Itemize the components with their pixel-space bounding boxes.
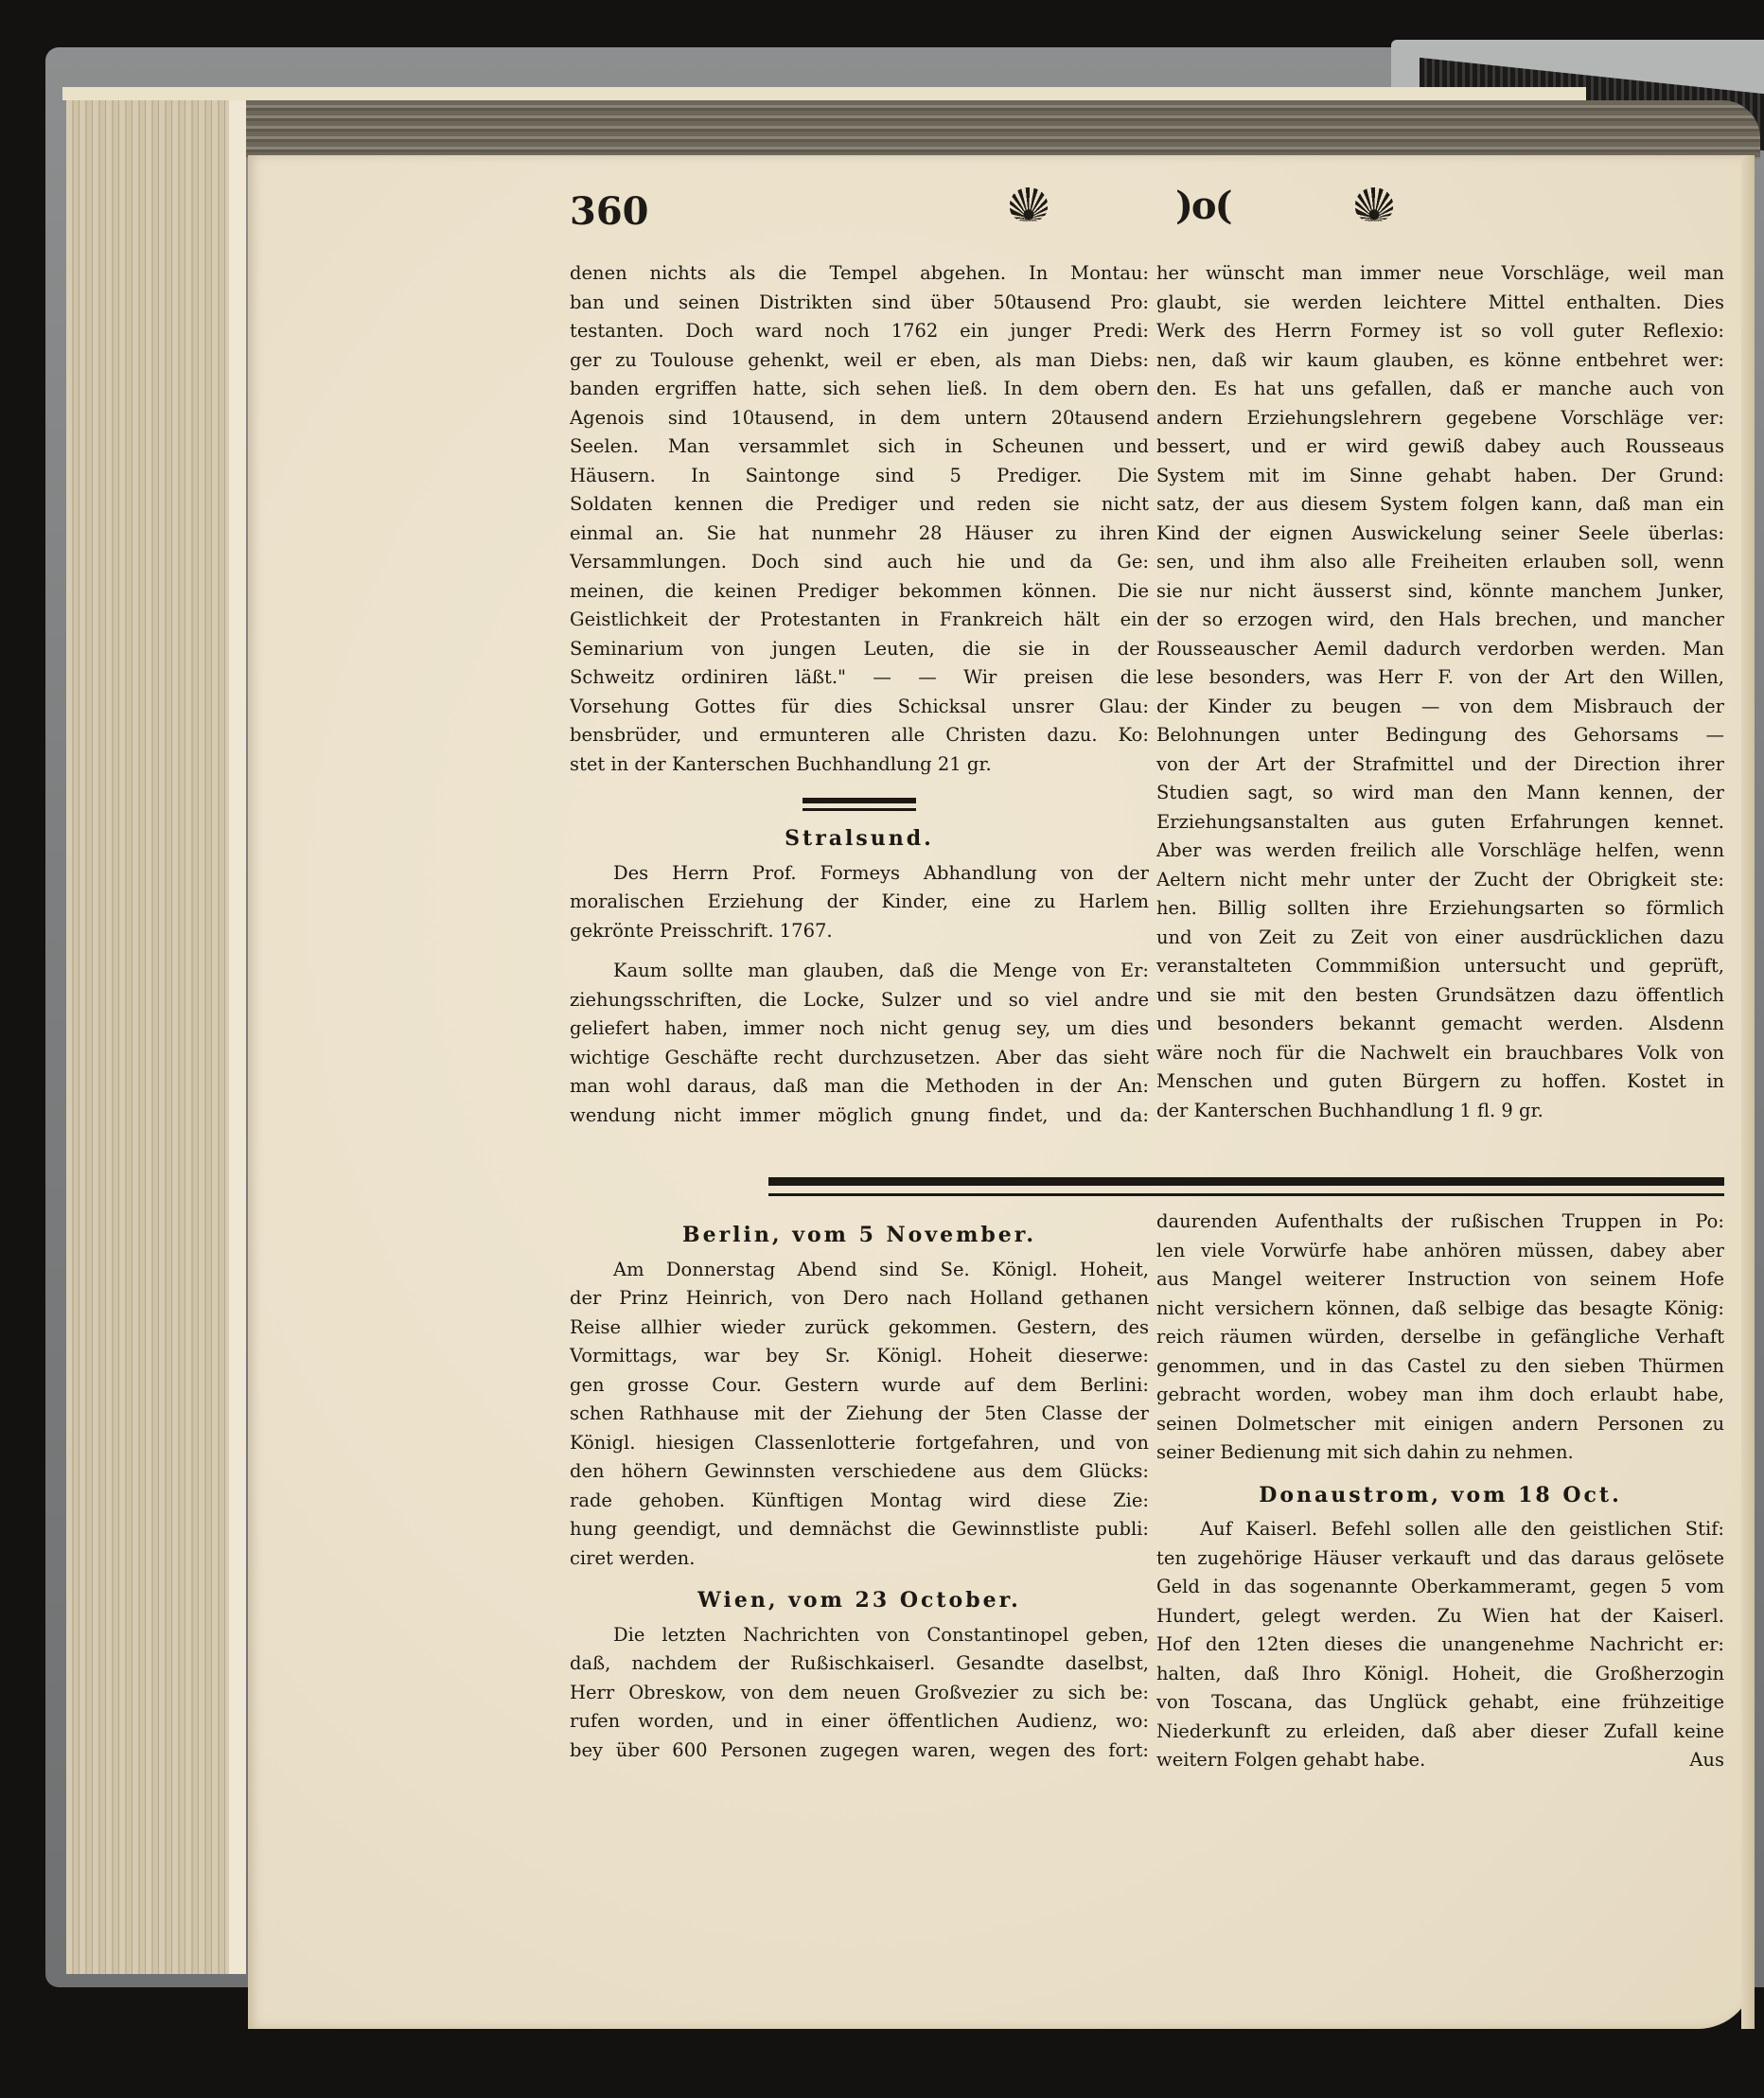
- body-text-line: Geistlichkeit der Protestanten in Frankr…: [570, 606, 1149, 635]
- review-text-line: Rousseauscher Aemil dadurch verdorben we…: [1156, 635, 1724, 664]
- review-text-line: glaubt, sie werden leichtere Mittel enth…: [1156, 289, 1724, 318]
- body-text-line: Agenois sind 10tausend, in dem untern 20…: [570, 404, 1149, 433]
- body-text-line: bensbrüder, und ermunteren alle Christen…: [570, 721, 1149, 750]
- review-text-line: wendung nicht immer möglich gnung findet…: [570, 1102, 1149, 1131]
- page-stack-left-edge: [66, 100, 246, 1974]
- upper-right-column: her wünscht man immer neue Vorschläge, w…: [1156, 259, 1724, 1125]
- review-text-line: wäre noch für die Nachwelt ein brauchbar…: [1156, 1039, 1724, 1068]
- news-text-line: von Toscana, das Unglück gehabt, eine fr…: [1156, 1688, 1724, 1718]
- review-text-line: Studien sagt, so wird man den Mann kenne…: [1156, 779, 1724, 808]
- news-text-line: Vormittags, war bey Sr. Königl. Hoheit d…: [570, 1342, 1149, 1371]
- shell-ornament-icon: [1355, 187, 1393, 228]
- review-text-line: Aber was werden freilich alle Vorschläge…: [1156, 837, 1724, 866]
- news-text-line: Hundert, gelegt werden. Zu Wien hat der …: [1156, 1602, 1724, 1631]
- body-text-line: stet in der Kanterschen Buchhandlung 21 …: [570, 750, 1149, 780]
- news-text-line: nicht versichern können, daß selbige das…: [1156, 1295, 1724, 1324]
- review-text-line: sen, und ihm also alle Freiheiten erlaub…: [1156, 548, 1724, 577]
- review-text-line: Erziehungsanstalten aus guten Erfahrunge…: [1156, 808, 1724, 837]
- news-text-line: schen Rathhause mit der Ziehung der 5ten…: [570, 1400, 1149, 1429]
- news-text-line: Auf Kaiserl. Befehl sollen alle den geis…: [1156, 1515, 1724, 1544]
- review-text-line: satz, der aus diesem System folgen kann,…: [1156, 490, 1724, 520]
- review-text-line: den. Es hat uns gefallen, daß er manche …: [1156, 375, 1724, 404]
- body-text-line: einmal an. Sie hat nunmehr 28 Häuser zu …: [570, 520, 1149, 549]
- review-text-line: her wünscht man immer neue Vorschläge, w…: [1156, 259, 1724, 289]
- review-text-line: Menschen und guten Bürgern zu hoffen. Ko…: [1156, 1067, 1724, 1097]
- review-text-line: geliefert haben, immer noch nicht genug …: [570, 1014, 1149, 1044]
- endpaper-edge: [62, 87, 1586, 100]
- news-text-line: reich räumen würden, derselbe in gefängl…: [1156, 1323, 1724, 1352]
- review-text-line: und von Zeit zu Zeit von einer ausdrückl…: [1156, 924, 1724, 953]
- news-heading-berlin: Berlin, vom 5 November.: [570, 1221, 1149, 1250]
- body-text-line: denen nichts als die Tempel abgehen. In …: [570, 259, 1149, 289]
- body-text-line: ger zu Toulouse gehenkt, weil er eben, a…: [570, 346, 1149, 376]
- news-text-line: genommen, und in das Castel zu den siebe…: [1156, 1352, 1724, 1382]
- news-text-line: hung geendigt, und demnächst die Gewinns…: [570, 1515, 1149, 1544]
- review-text-line: veranstalteten Commmißion untersucht und…: [1156, 952, 1724, 981]
- body-text-line: Soldaten kennen die Prediger und reden s…: [570, 490, 1149, 520]
- review-text-line: und besonders bekannt gemacht werden. Al…: [1156, 1010, 1724, 1039]
- news-text-line: Geld in das sogenannte Oberkammeramt, ge…: [1156, 1573, 1724, 1602]
- paragraph-gap: [570, 945, 1149, 957]
- review-text-line: ziehungsschriften, die Locke, Sulzer und…: [570, 986, 1149, 1015]
- news-text-line: der Prinz Heinrich, von Dero nach Hollan…: [570, 1284, 1149, 1313]
- review-text-line: lese besonders, was Herr F. von der Art …: [1156, 663, 1724, 693]
- review-text-line: der Kinder zu beugen — von dem Misbrauch…: [1156, 693, 1724, 722]
- review-text-line: der Kanterschen Buchhandlung 1 fl. 9 gr.: [1156, 1097, 1724, 1126]
- book-title-line: Des Herrn Prof. Formeys Abhandlung von d…: [570, 859, 1149, 889]
- review-text-line: Kind der eignen Auswickelung seiner Seel…: [1156, 520, 1724, 549]
- book-page: 360 )o( denen nichts als die Tempel abge…: [248, 155, 1755, 2029]
- body-text-line: Schweitz ordiniren läßt." — — Wir preise…: [570, 663, 1149, 693]
- review-text-line: der so erzogen wird, den Hals brechen, u…: [1156, 606, 1724, 635]
- section-heading-stralsund: Stralsund.: [570, 824, 1149, 854]
- book-title-line: gekrönte Preisschrift. 1767.: [570, 917, 1149, 946]
- page-stack-top-edge: [74, 100, 1760, 159]
- review-text-line: Belohnungen unter Bedingung des Gehorsam…: [1156, 721, 1724, 750]
- news-heading-donaustrom: Donaustrom, vom 18 Oct.: [1156, 1481, 1724, 1510]
- news-heading-wien: Wien, vom 23 October.: [570, 1586, 1149, 1615]
- review-text-line: von der Art der Strafmittel und der Dire…: [1156, 750, 1724, 780]
- review-text-line: Werk des Herrn Formey ist so voll guter …: [1156, 317, 1724, 346]
- page-gutter-curl: [1741, 155, 1755, 2029]
- news-text-line: daurenden Aufenthalts der rußischen Trup…: [1156, 1208, 1724, 1237]
- news-text-line: den höhern Gewinnsten verschiedene aus d…: [570, 1457, 1149, 1487]
- lower-right-column: daurenden Aufenthalts der rußischen Trup…: [1156, 1208, 1724, 1775]
- review-text-line: man wohl daraus, daß man die Methoden in…: [570, 1072, 1149, 1102]
- news-text-line: Herr Obreskow, von dem neuen Großvezier …: [570, 1679, 1149, 1708]
- short-divider-rule: [803, 798, 916, 811]
- news-text-line: rade gehoben. Künftigen Montag wird dies…: [570, 1487, 1149, 1516]
- news-text-line: Am Donnerstag Abend sind Se. Königl. Hoh…: [570, 1256, 1149, 1285]
- review-text-line: bessert, und er wird gewiß dabey auch Ro…: [1156, 432, 1724, 462]
- body-text-line: testanten. Doch ward noch 1762 ein junge…: [570, 317, 1149, 346]
- running-head: 360 )o(: [570, 182, 1743, 257]
- news-text-line: Hof den 12ten dieses die unangenehme Nac…: [1156, 1631, 1724, 1660]
- news-text-line: gebracht worden, wobey man ihm doch erla…: [1156, 1381, 1724, 1410]
- news-text-line: Die letzten Nachrichten von Constantinop…: [570, 1621, 1149, 1650]
- section-divider-rule: [768, 1177, 1724, 1196]
- news-text-line: Reise allhier wieder zurück gekommen. Ge…: [570, 1313, 1149, 1343]
- news-text-line: bey über 600 Personen zugegen waren, weg…: [570, 1737, 1149, 1766]
- body-text-line: Versammlungen. Doch sind auch hie und da…: [570, 548, 1149, 577]
- review-text-line: und sie mit den besten Grundsätzen dazu …: [1156, 981, 1724, 1011]
- news-text-line: halten, daß Ihro Königl. Hoheit, die Gro…: [1156, 1660, 1724, 1689]
- review-text-line: hen. Billig sollten ihre Erziehungsarten…: [1156, 894, 1724, 924]
- body-text-line: Vorsehung Gottes für dies Schicksal unsr…: [570, 693, 1149, 722]
- body-text-line: meinen, die keinen Prediger bekommen kön…: [570, 577, 1149, 607]
- news-text-line: rufen worden, und in einer öffentlichen …: [570, 1707, 1149, 1737]
- review-text-line: nen, daß wir kaum glauben, es könne entb…: [1156, 346, 1724, 376]
- news-text-line: Niederkunft zu erleiden, daß aber dieser…: [1156, 1718, 1724, 1747]
- center-ornament-mark: )o(: [1175, 187, 1231, 225]
- news-text-line: daß, nachdem der Rußischkaiserl. Gesandt…: [570, 1649, 1149, 1679]
- page-number: 360: [570, 189, 649, 234]
- news-text-line: len viele Vorwürfe habe anhören müssen, …: [1156, 1237, 1724, 1266]
- review-text-line: Kaum sollte man glauben, daß die Menge v…: [570, 957, 1149, 986]
- news-text-line: ciret werden.: [570, 1544, 1149, 1574]
- news-text-line: seinen Dolmetscher mit einigen andern Pe…: [1156, 1410, 1724, 1439]
- body-text-line: Häusern. In Saintonge sind 5 Prediger. D…: [570, 462, 1149, 491]
- review-text-line: wichtige Geschäfte recht durchzusetzen. …: [570, 1044, 1149, 1073]
- news-text-line: gen grosse Cour. Gestern wurde auf dem B…: [570, 1371, 1149, 1401]
- news-text-line: ten zugehörige Häuser verkauft und das d…: [1156, 1544, 1724, 1574]
- news-text-line: seiner Bedienung mit sich dahin zu nehme…: [1156, 1438, 1724, 1468]
- review-text-line: sie nur nicht äusserst sind, könnte manc…: [1156, 577, 1724, 607]
- body-text-line: banden ergriffen hatte, sich sehen ließ.…: [570, 375, 1149, 404]
- review-text-line: Aeltern nicht mehr unter der Zucht der O…: [1156, 866, 1724, 895]
- body-text-line: Seminarium von jungen Leuten, die sie in…: [570, 635, 1149, 664]
- review-text-line: System mit im Sinne gehabt haben. Der Gr…: [1156, 462, 1724, 491]
- body-text-line: ban und seinen Distrikten sind über 50ta…: [570, 289, 1149, 318]
- lower-left-column: Berlin, vom 5 November.Am Donnerstag Abe…: [570, 1208, 1149, 1765]
- shell-ornament-icon: [1010, 187, 1048, 228]
- upper-left-column: denen nichts als die Tempel abgehen. In …: [570, 259, 1149, 1130]
- body-text-line: Seelen. Man versammlet sich in Scheunen …: [570, 432, 1149, 462]
- news-text-line: Königl. hiesigen Classenlotterie fortgef…: [570, 1429, 1149, 1458]
- news-text-line: aus Mangel weiterer Instruction von sein…: [1156, 1265, 1724, 1295]
- review-text-line: andern Erziehungslehrern gegebene Vorsch…: [1156, 404, 1724, 433]
- book-title-line: moralischen Erziehung der Kinder, eine z…: [570, 888, 1149, 917]
